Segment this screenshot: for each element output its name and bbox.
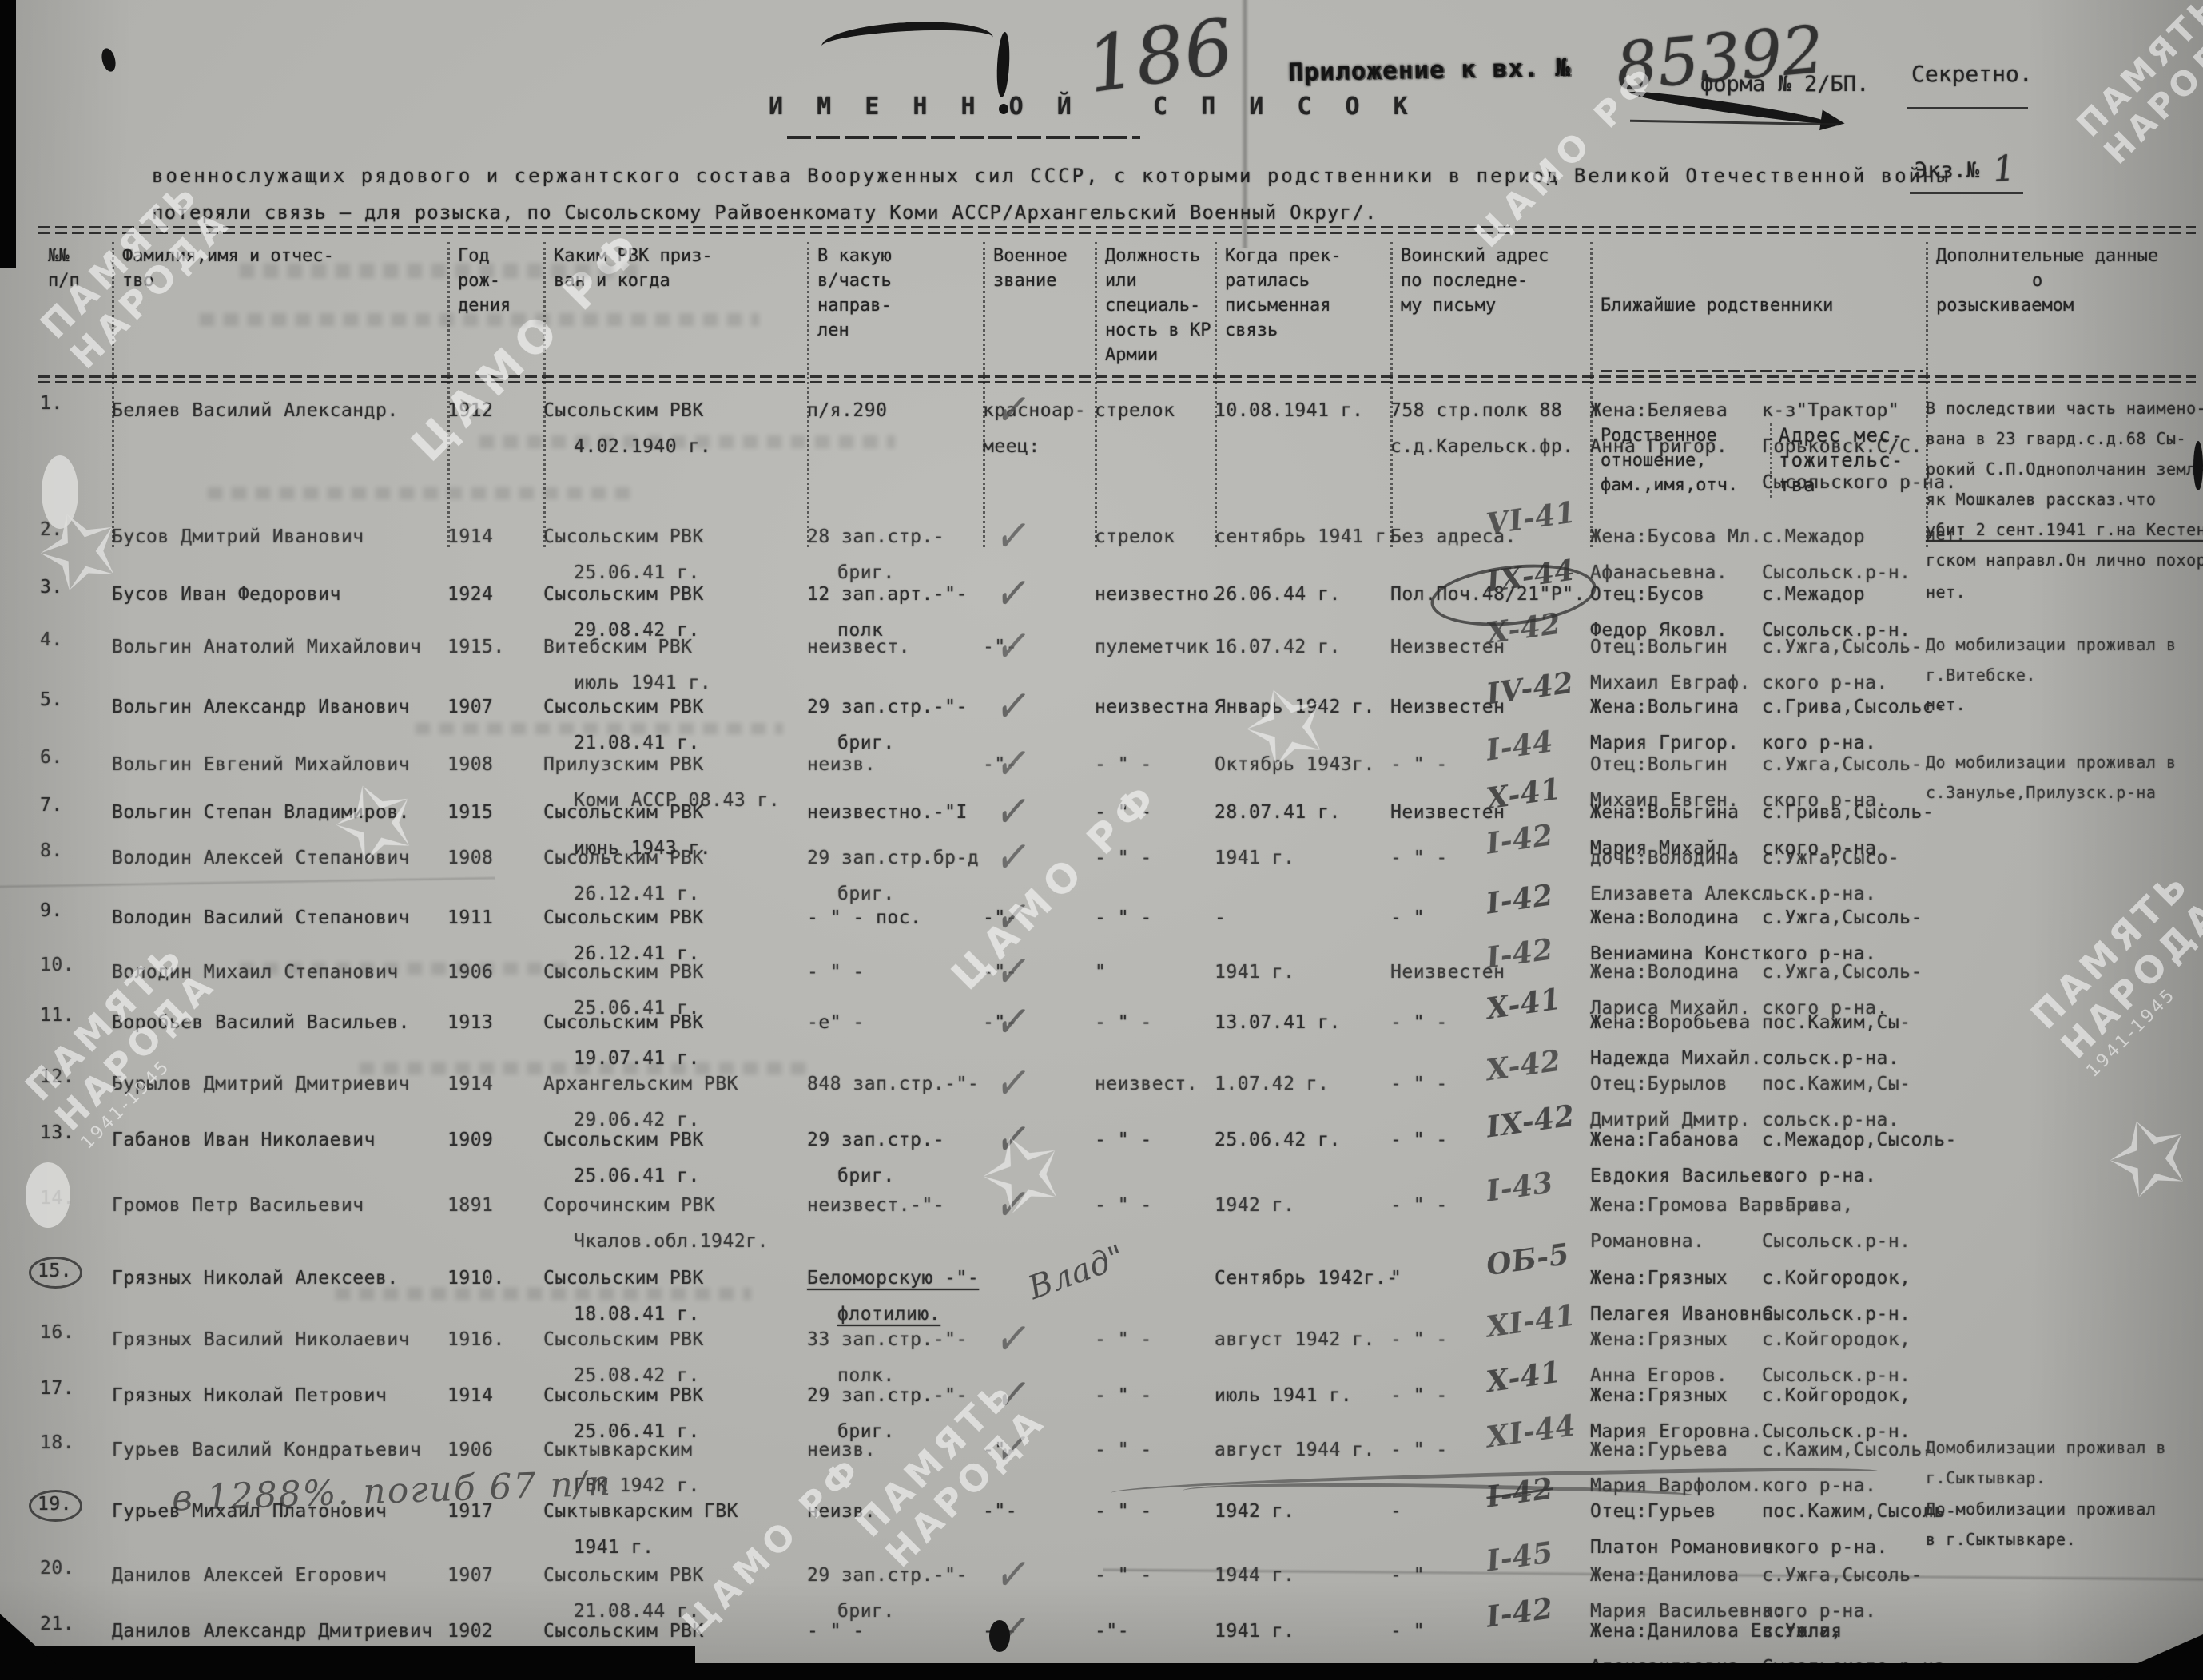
table-row: 19.Гурьев Михаил Платонович1917Сыктывкар… [40, 1494, 2203, 1566]
table-row: 13.Габанов Иван Николаевич1909Сысольским… [40, 1122, 2203, 1194]
cell-rank: -"- [983, 1494, 1095, 1566]
form-number: форма № 2/БП. [1700, 72, 1869, 97]
cell-when: 25.06.42 г. [1215, 1122, 1390, 1194]
bleed-through-smudge [416, 723, 783, 734]
cell-name: Габанов Иван Николаевич [112, 1122, 447, 1194]
cell-when: 1942 г. [1215, 1188, 1390, 1260]
scan-edge [0, 1646, 695, 1680]
cell-rel: Жена:Громова ВарвараРомановна. [1590, 1188, 1762, 1260]
handwritten-circle: 19. [29, 1490, 82, 1522]
cell-year: 1909 [447, 1122, 543, 1194]
title-underline [787, 136, 1140, 139]
cell-num: 19. [40, 1494, 112, 1566]
paper: 186 Приложение к вх. № 85392 форма № 2/Б… [0, 0, 2203, 1680]
double-rule [38, 375, 2196, 386]
relatives-group-underline [1601, 370, 1923, 372]
cell-name: Громов Петр Васильевич [112, 1188, 447, 1260]
cell-extra: До мобилизации проживалв г.Сыктывкаре. [1926, 1494, 2203, 1566]
ink-blob [100, 47, 118, 73]
bleed-through-smudge [208, 487, 639, 499]
bleed-through-smudge [360, 1062, 807, 1074]
scan-edge [0, 0, 16, 268]
scanned-document-page: 186 Приложение к вх. № 85392 форма № 2/Б… [0, 0, 2203, 1680]
ink-blob [996, 32, 1011, 98]
cell-name: Гурьев Михаил Платонович [112, 1494, 447, 1566]
bleed-through-smudge [336, 1288, 751, 1300]
cell-rvk: Сорочинским РВКЧкалов.обл.1942г. [543, 1188, 807, 1260]
cell-reladdr: пос.Кажим,Сысоль-ского р-на. [1762, 1494, 1926, 1566]
ink-smear [821, 18, 994, 66]
bleed-through-smudge [200, 313, 759, 326]
document-title: И М Е Н Н О Й С П И С О К [769, 93, 1418, 121]
cell-year: 1917 [447, 1494, 543, 1566]
cell-unit: 29 зап.стр.-бриг. [807, 1122, 983, 1194]
cell-pos: - " - [1095, 1494, 1215, 1566]
document-subtitle-line2: потеряли связь — для розыска, по Сысольс… [152, 201, 1378, 224]
stamp-prilozhenie: Приложение к вх. № [1288, 54, 1572, 87]
ink-blob [999, 104, 1008, 114]
paper-tear [26, 1162, 70, 1228]
cell-pos: - " - [1095, 1122, 1215, 1194]
relatives-group-title: Ближайшие родственники [1601, 293, 1923, 318]
underline [1910, 192, 2023, 194]
bleed-through-smudge [479, 435, 895, 448]
bleed-through-smudge [240, 963, 575, 975]
ink-blob [2193, 441, 2203, 490]
cell-reladdr: с.Межадор,Сысоль-кого р-на. [1762, 1122, 1926, 1194]
cell-rel: Отец:ГурьевПлатон Романович [1590, 1494, 1762, 1566]
cell-when: 1942 г. [1215, 1494, 1390, 1566]
watermark-pamyat-naroda: ПАМЯТЬНАРОДА [2070, 0, 2203, 172]
cell-rvk: Сысольским РВК25.06.41 г. [543, 1122, 807, 1194]
paper-tear [42, 455, 78, 529]
handwritten-circle: 15. [29, 1257, 82, 1289]
document-subtitle-line1: военнослужащих рядового и сержантского с… [152, 165, 1950, 187]
handwritten-copy-number: 1 [1991, 148, 2016, 190]
bleed-through-smudge [240, 264, 639, 278]
cell-year: 1891 [447, 1188, 543, 1260]
ink-blob [989, 1620, 1010, 1652]
cell-rel: Жена:ГабановаЕвдокия Васильев. [1590, 1122, 1762, 1194]
cell-reladdr: с.Грива,Сысольск.р-н. [1762, 1188, 1926, 1260]
secrecy-label: Секретно. [1911, 61, 2033, 87]
double-rule [38, 226, 2196, 236]
underline [1907, 107, 2028, 109]
fold-crease [1241, 0, 1249, 248]
cell-unit: неизвест.-"- [807, 1188, 983, 1260]
